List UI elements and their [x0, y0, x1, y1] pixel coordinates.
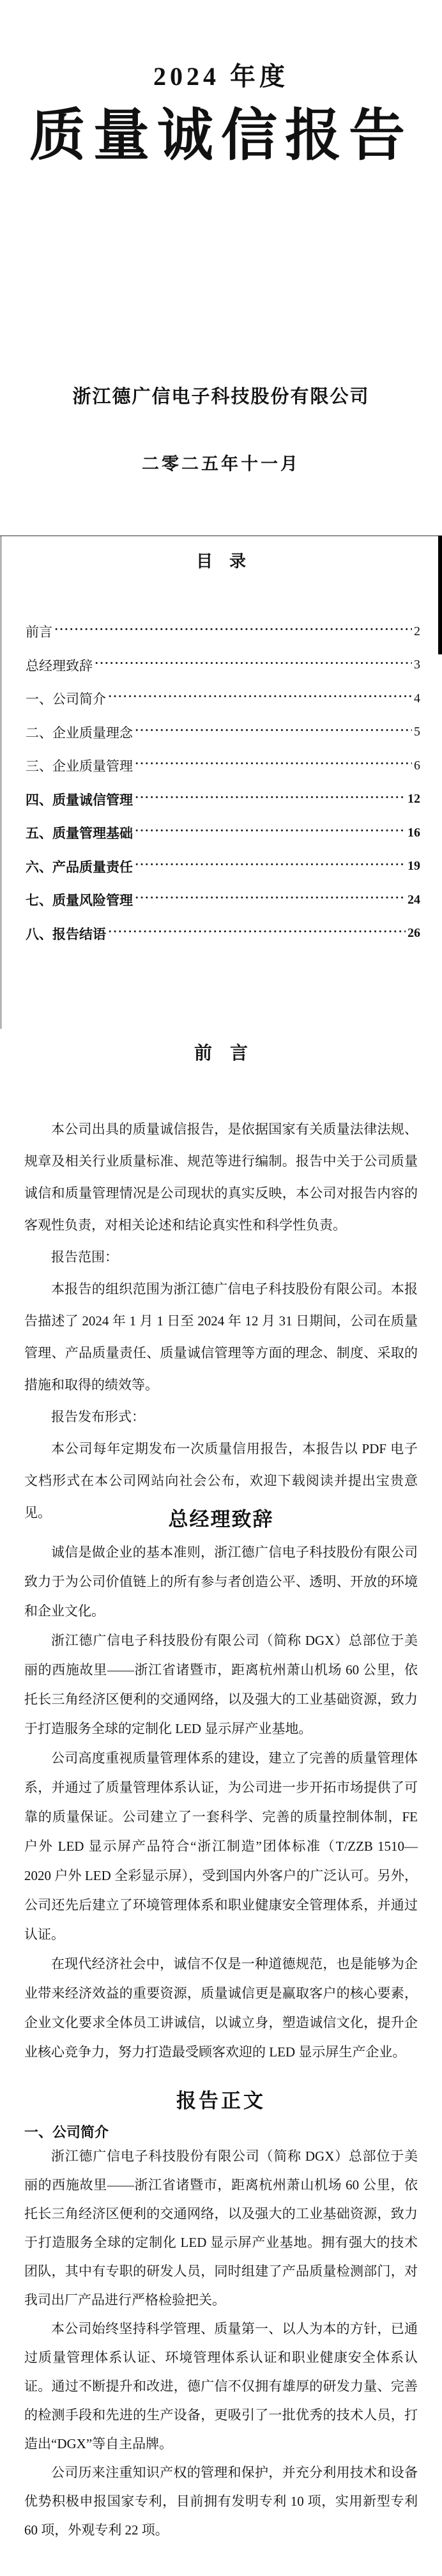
report-body-title: 报告正文: [0, 2085, 442, 2113]
paragraph: 诚信是做企业的基本准则，浙江德广信电子科技股份有限公司致力于为公司价值链上的所有…: [24, 1538, 418, 1626]
paragraph: 在现代经济社会中，诚信不仅是一种道德规范，也是能够为企业带来经济效益的重要资源，…: [24, 1949, 418, 2067]
toc-leader-dots: ········································…: [135, 757, 412, 771]
cover-year: 2024 年度: [0, 56, 442, 93]
toc-item-page: 3: [414, 658, 420, 672]
toc-item-label: 六、产品质量责任: [26, 857, 133, 876]
toc-item-page: 24: [408, 893, 420, 907]
toc-item-label: 总经理致辞: [26, 656, 93, 675]
table-of-contents: 前言······································…: [26, 615, 420, 950]
toc-item[interactable]: 四、质量诚信管理································…: [26, 783, 420, 817]
toc-item-page: 16: [408, 826, 420, 840]
foreword-title: 前 言: [0, 1039, 442, 1065]
page-divider-line: [0, 536, 442, 536]
cover-title: 质量诚信报告: [0, 107, 442, 166]
toc-leader-dots: ········································…: [135, 791, 406, 805]
cover-company: 浙江德广信电子科技股份有限公司: [0, 382, 442, 408]
toc-item-page: 5: [414, 725, 420, 739]
toc-leader-dots: ········································…: [135, 891, 406, 906]
toc-item-label: 前言: [26, 622, 52, 641]
gm-speech-title: 总经理致辞: [0, 1503, 442, 1532]
toc-item-label: 四、质量诚信管理: [26, 790, 133, 809]
toc-leader-dots: ········································…: [135, 858, 406, 872]
toc-item-label: 三、企业质量管理: [26, 756, 133, 775]
toc-item[interactable]: 六、产品质量责任································…: [26, 850, 420, 884]
toc-title: 目 录: [0, 548, 442, 572]
toc-item[interactable]: 前言······································…: [26, 615, 420, 649]
document-page: 2024 年度 质量诚信报告 浙江德广信电子科技股份有限公司 二零二五年十一月 …: [0, 0, 442, 2576]
paragraph: 公司历来注重知识产权的管理和保护，并充分利用技术和设备优势积极申报国家专利，目前…: [24, 2458, 418, 2545]
paragraph: 浙江德广信电子科技股份有限公司（简称 DGX）总部位于美丽的西施故里——浙江省诸…: [24, 1626, 418, 1743]
toc-leader-dots: ········································…: [95, 657, 412, 671]
company-intro-section: 浙江德广信电子科技股份有限公司（简称 DGX）总部位于美丽的西施故里——浙江省诸…: [24, 2142, 418, 2545]
paragraph: 本公司始终坚持科学管理、质量第一、以人为本的方针，已通过质量管理体系认证、环境管…: [24, 2315, 418, 2458]
section-1-heading: 一、公司简介: [24, 2122, 109, 2141]
toc-item[interactable]: 二、企业质量理念································…: [26, 716, 420, 750]
cover-date: 二零二五年十一月: [0, 450, 442, 475]
toc-item[interactable]: 一、公司简介··································…: [26, 682, 420, 716]
toc-item-page: 26: [408, 926, 420, 941]
toc-item[interactable]: 总经理致辞···································…: [26, 649, 420, 683]
toc-leader-dots: ········································…: [54, 623, 412, 637]
toc-item-label: 一、公司简介: [26, 689, 106, 708]
toc-item-page: 12: [408, 792, 420, 806]
toc-item[interactable]: 三、企业质量管理································…: [26, 749, 420, 783]
paragraph: 本报告的组织范围为浙江德广信电子科技股份有限公司。本报告描述了 2024 年 1…: [24, 1273, 418, 1401]
toc-leader-dots: ········································…: [108, 690, 412, 704]
paragraph: 公司高度重视质量管理体系的建设，建立了完善的质量管理体系，并通过了质量管理体系认…: [24, 1743, 418, 1949]
toc-item-label: 八、报告结语: [26, 924, 106, 943]
foreword-section: 本公司出具的质量诚信报告，是依据国家有关质量法律法规、规章及相关行业质量标准、规…: [24, 1113, 418, 1529]
toc-item-page: 19: [408, 859, 420, 874]
toc-item[interactable]: 八、报告结语··································…: [26, 917, 420, 951]
paragraph: 本公司出具的质量诚信报告，是依据国家有关质量法律法规、规章及相关行业质量标准、规…: [24, 1113, 418, 1241]
toc-leader-dots: ········································…: [108, 925, 406, 939]
toc-item-label: 五、质量管理基础: [26, 823, 133, 842]
page-left-border-line: [1, 536, 1, 1029]
gm-speech-section: 诚信是做企业的基本准则，浙江德广信电子科技股份有限公司致力于为公司价值链上的所有…: [24, 1538, 418, 2067]
paragraph: 浙江德广信电子科技股份有限公司（简称 DGX）总部位于美丽的西施故里——浙江省诸…: [24, 2142, 418, 2315]
toc-item-label: 二、企业质量理念: [26, 723, 133, 742]
toc-item[interactable]: 七、质量风险管理································…: [26, 883, 420, 917]
toc-item-page: 2: [414, 624, 420, 639]
toc-item-page: 6: [414, 759, 420, 773]
toc-leader-dots: ········································…: [135, 824, 406, 838]
toc-item[interactable]: 五、质量管理基础································…: [26, 816, 420, 850]
toc-item-label: 七、质量风险管理: [26, 890, 133, 909]
paragraph: 报告范围：: [24, 1241, 418, 1273]
toc-leader-dots: ········································…: [135, 724, 412, 738]
toc-item-page: 4: [414, 691, 420, 706]
paragraph: 报告发布形式：: [24, 1401, 418, 1433]
